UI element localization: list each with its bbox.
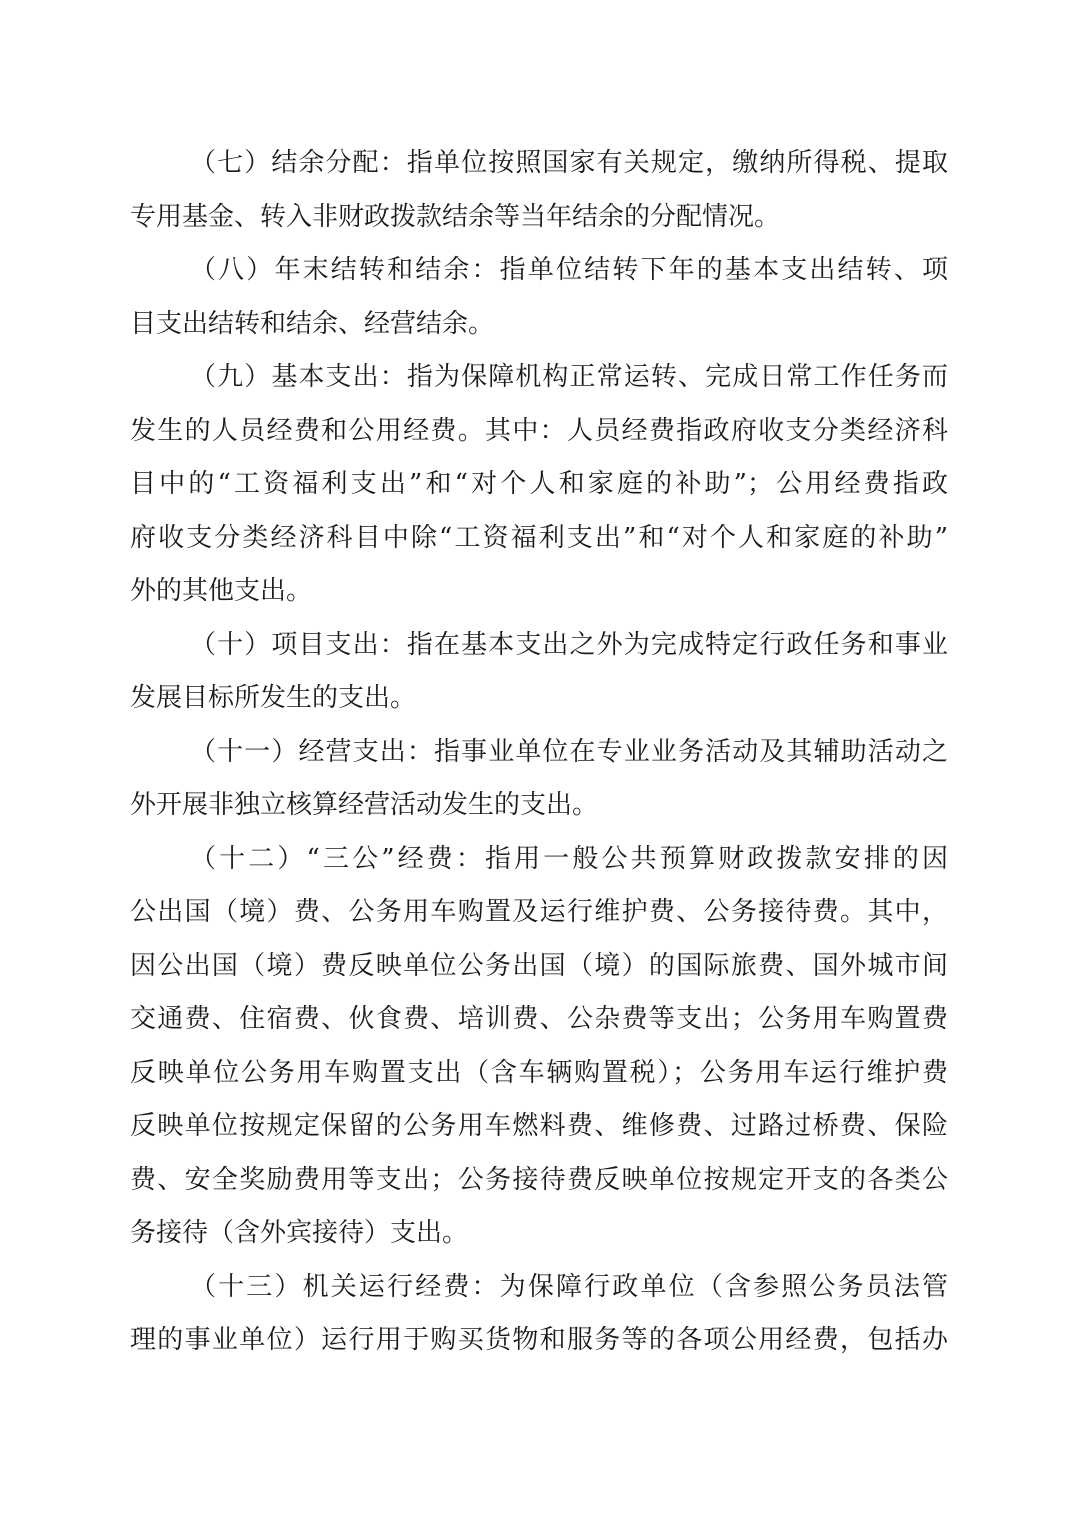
paragraph-line: 反映单位按规定保留的公务用车燃料费、维修费、过路过桥费、保险 <box>130 1100 948 1154</box>
paragraph-line: 专用基金、转入非财政拨款结余等当年结余的分配情况。 <box>130 191 948 245</box>
paragraph-line: 费、安全奖励费用等支出；公务接待费反映单位按规定开支的各类公 <box>130 1154 948 1208</box>
paragraph-line: （七）结余分配：指单位按照国家有关规定，缴纳所得税、提取 <box>130 137 948 191</box>
paragraph-line: （十二）“三公”经费：指用一般公共预算财政拨款安排的因 <box>130 833 948 887</box>
paragraph-line: 外的其他支出。 <box>130 565 948 619</box>
paragraph-line: 反映单位公务用车购置支出（含车辆购置税）；公务用车运行维护费 <box>130 1047 948 1101</box>
paragraph-project-expenditure: （十）项目支出：指在基本支出之外为完成特定行政任务和事业 发展目标所发生的支出。 <box>130 619 948 726</box>
paragraph-operating-expenditure: （十一）经营支出：指事业单位在专业业务活动及其辅助活动之 外开展非独立核算经营活… <box>130 726 948 833</box>
paragraph-line: 理的事业单位）运行用于购买货物和服务等的各项公用经费，包括办 <box>130 1314 948 1368</box>
paragraph-basic-expenditure: （九）基本支出：指为保障机构正常运转、完成日常工作任务而 发生的人员经费和公用经… <box>130 351 948 619</box>
paragraph-line: 发生的人员经费和公用经费。其中：人员经费指政府收支分类经济科 <box>130 405 948 459</box>
paragraph-line: （十一）经营支出：指事业单位在专业业务活动及其辅助活动之 <box>130 726 948 780</box>
paragraph-line: 外开展非独立核算经营活动发生的支出。 <box>130 779 948 833</box>
paragraph-surplus-distribution: （七）结余分配：指单位按照国家有关规定，缴纳所得税、提取 专用基金、转入非财政拨… <box>130 137 948 244</box>
paragraph-line: （八）年末结转和结余：指单位结转下年的基本支出结转、项 <box>130 244 948 298</box>
paragraph-three-public-expenses: （十二）“三公”经费：指用一般公共预算财政拨款安排的因 公出国（境）费、公务用车… <box>130 833 948 1261</box>
paragraph-line: （九）基本支出：指为保障机构正常运转、完成日常工作任务而 <box>130 351 948 405</box>
paragraph-line: 目支出结转和结余、经营结余。 <box>130 298 948 352</box>
paragraph-agency-operating-funds: （十三）机关运行经费：为保障行政单位（含参照公务员法管 理的事业单位）运行用于购… <box>130 1261 948 1368</box>
paragraph-line: 府收支分类经济科目中除“工资福利支出”和“对个人和家庭的补助” <box>130 512 948 566</box>
paragraph-line: 务接待（含外宾接待）支出。 <box>130 1207 948 1261</box>
paragraph-line: 因公出国（境）费反映单位公务出国（境）的国际旅费、国外城市间 <box>130 940 948 994</box>
document-page: （七）结余分配：指单位按照国家有关规定，缴纳所得税、提取 专用基金、转入非财政拨… <box>130 137 948 1368</box>
paragraph-line: 目中的“工资福利支出”和“对个人和家庭的补助”；公用经费指政 <box>130 458 948 512</box>
paragraph-line: 发展目标所发生的支出。 <box>130 672 948 726</box>
paragraph-line: 公出国（境）费、公务用车购置及运行维护费、公务接待费。其中， <box>130 886 948 940</box>
paragraph-year-end-carryover: （八）年末结转和结余：指单位结转下年的基本支出结转、项 目支出结转和结余、经营结… <box>130 244 948 351</box>
paragraph-line: （十三）机关运行经费：为保障行政单位（含参照公务员法管 <box>130 1261 948 1315</box>
paragraph-line: 交通费、住宿费、伙食费、培训费、公杂费等支出；公务用车购置费 <box>130 993 948 1047</box>
paragraph-line: （十）项目支出：指在基本支出之外为完成特定行政任务和事业 <box>130 619 948 673</box>
